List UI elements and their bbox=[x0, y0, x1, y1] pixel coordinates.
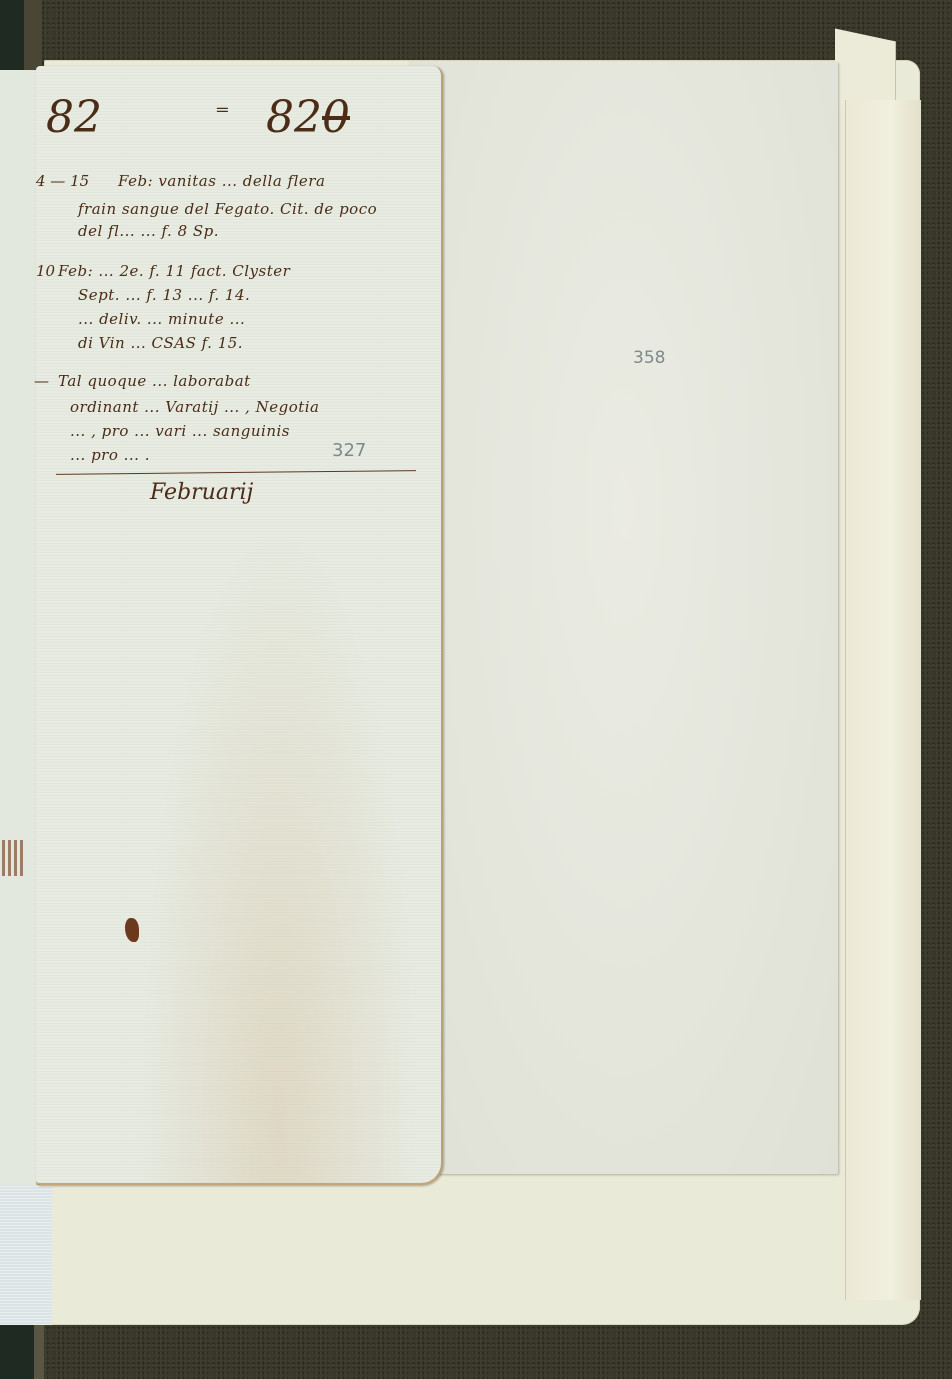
previous-leaf-fragment bbox=[0, 70, 38, 1185]
mount-flap bbox=[845, 100, 921, 1300]
book-spine-bottom-edge bbox=[34, 1325, 44, 1379]
binding-cloth bbox=[0, 1185, 52, 1325]
entry-number: 4 — 15 bbox=[36, 172, 89, 190]
book-spine-edge bbox=[24, 0, 42, 75]
folio-number-right: 820 bbox=[266, 92, 350, 143]
entry-number: 10 bbox=[36, 262, 55, 280]
pencil-folio-number-left: 327 bbox=[332, 440, 366, 461]
entry-line: ordinant ... Varatij ... , Negotia bbox=[70, 398, 320, 416]
entry-line: frain sangue del Fegato. Cit. de poco bbox=[78, 200, 377, 218]
entry-line: Sept. ... f. 13 ... f. 14. bbox=[78, 286, 250, 304]
entry-line: ... pro ... . bbox=[70, 446, 150, 464]
folio-number-right-value: 82 bbox=[266, 92, 322, 143]
pencil-folio-number-right: 358 bbox=[633, 348, 665, 368]
signature: Februarij bbox=[150, 480, 253, 505]
folio-number-left: 82 bbox=[46, 92, 102, 143]
struck-digit: 0 bbox=[322, 92, 350, 143]
entry-line: di Vin ... CSAS f. 15. bbox=[78, 334, 243, 352]
entry-line: Tal quoque ... laborabat bbox=[58, 372, 251, 390]
blank-right-leaf bbox=[408, 62, 838, 1174]
book-spine-bottom bbox=[0, 1325, 34, 1379]
folio-mark: ⁼ bbox=[215, 98, 230, 131]
entry-line: ... deliv. ... minute ... bbox=[78, 310, 245, 328]
ink-stain bbox=[2, 840, 24, 876]
entry-line: ... , pro ... vari ... sanguinis bbox=[70, 422, 290, 440]
entry-line: Feb: ... 2e. f. 11 fact. Clyster bbox=[58, 262, 290, 280]
entry-line: Feb: vanitas ... della flera bbox=[118, 172, 325, 190]
entry-number: — bbox=[34, 372, 49, 390]
book-spine-top bbox=[0, 0, 24, 75]
entry-line: del fl... ... f. 8 Sp. bbox=[78, 222, 219, 240]
ink-blot bbox=[125, 918, 139, 942]
